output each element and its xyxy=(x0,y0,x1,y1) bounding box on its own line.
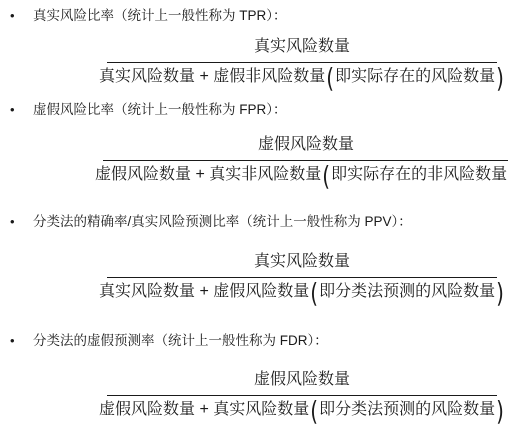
denominator-main: 虚假风险数量 + 真实非风险数量 xyxy=(95,166,321,183)
formula-fraction-tpr: 真实风险数量 真实风险数量 + 虚假非风险数量(即实际存在的风险数量) xyxy=(95,37,508,88)
fraction-stack: 虚假风险数量 虚假风险数量 + 真实非风险数量(即实际存在的非风险数量) xyxy=(95,135,508,186)
formula-denominator: 真实风险数量 + 虚假非风险数量(即实际存在的风险数量) xyxy=(99,63,505,88)
fraction-stack: 虚假风险数量 虚假风险数量 + 真实风险数量(即分类法预测的风险数量) xyxy=(99,370,505,421)
document-page: •真实风险比率（统计上一般性称为 TPR）： 真实风险数量 真实风险数量 + 虚… xyxy=(0,0,508,440)
bullet-label: 分类法的精确率/真实风险预测比率（统计上一般性称为 PPV）： xyxy=(33,214,412,229)
big-paren-open: ( xyxy=(309,280,319,307)
big-paren-open: ( xyxy=(309,398,319,425)
formula-numerator: 真实风险数量 xyxy=(99,37,505,62)
formula-numerator: 真实风险数量 xyxy=(99,252,505,277)
big-paren-open: ( xyxy=(321,163,331,190)
bullet-item-tpr: •真实风险比率（统计上一般性称为 TPR）： xyxy=(10,7,504,24)
bullet-item-ppv: •分类法的精确率/真实风险预测比率（统计上一般性称为 PPV）： xyxy=(10,213,504,230)
big-paren-close: ) xyxy=(495,65,505,92)
bullet-icon: • xyxy=(10,7,33,24)
denominator-main: 真实风险数量 + 虚假非风险数量 xyxy=(99,68,325,85)
bullet-icon: • xyxy=(10,213,33,230)
denominator-main: 真实风险数量 + 虚假风险数量 xyxy=(99,283,309,300)
fraction-stack: 真实风险数量 真实风险数量 + 虚假非风险数量(即实际存在的风险数量) xyxy=(99,37,505,88)
formula-numerator: 虚假风险数量 xyxy=(95,135,508,160)
bullet-item-fpr: •虚假风险比率（统计上一般性称为 FPR）： xyxy=(10,101,504,118)
formula-denominator: 虚假风险数量 + 真实风险数量(即分类法预测的风险数量) xyxy=(99,396,505,421)
bullet-item-fdr: •分类法的虚假预测率（统计上一般性称为 FDR）： xyxy=(10,332,504,349)
denominator-note: 即分类法预测的风险数量 xyxy=(319,401,495,418)
big-paren-close: ) xyxy=(495,398,505,425)
formula-numerator: 虚假风险数量 xyxy=(99,370,505,395)
formula-denominator: 真实风险数量 + 虚假风险数量(即分类法预测的风险数量) xyxy=(99,278,505,303)
denominator-note: 即实际存在的风险数量 xyxy=(335,68,495,85)
fraction-stack: 真实风险数量 真实风险数量 + 虚假风险数量(即分类法预测的风险数量) xyxy=(99,252,505,303)
formula-fraction-fpr: 虚假风险数量 虚假风险数量 + 真实非风险数量(即实际存在的非风险数量) xyxy=(95,135,508,186)
bullet-icon: • xyxy=(10,101,33,118)
denominator-note: 即实际存在的非风险数量 xyxy=(331,166,507,183)
denominator-main: 虚假风险数量 + 真实风险数量 xyxy=(99,401,309,418)
formula-fraction-fdr: 虚假风险数量 虚假风险数量 + 真实风险数量(即分类法预测的风险数量) xyxy=(95,370,508,421)
big-paren-open: ( xyxy=(325,65,335,92)
big-paren-close: ) xyxy=(495,280,505,307)
bullet-icon: • xyxy=(10,332,33,349)
bullet-label: 分类法的虚假预测率（统计上一般性称为 FDR）： xyxy=(33,333,328,348)
formula-fraction-ppv: 真实风险数量 真实风险数量 + 虚假风险数量(即分类法预测的风险数量) xyxy=(95,252,508,303)
denominator-note: 即分类法预测的风险数量 xyxy=(319,283,495,300)
bullet-label: 虚假风险比率（统计上一般性称为 FPR）： xyxy=(33,102,287,117)
formula-denominator: 虚假风险数量 + 真实非风险数量(即实际存在的非风险数量) xyxy=(95,161,508,186)
bullet-label: 真实风险比率（统计上一般性称为 TPR）： xyxy=(33,8,287,23)
